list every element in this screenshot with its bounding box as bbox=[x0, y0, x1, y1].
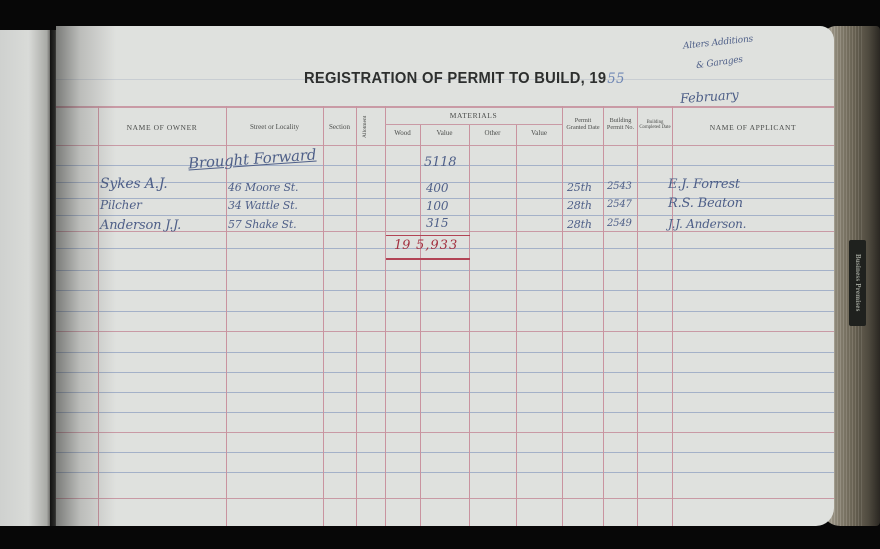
header-wood: Wood bbox=[385, 130, 420, 137]
header-allotment: Allotment bbox=[363, 112, 379, 142]
row-rule bbox=[56, 472, 834, 473]
row-rule bbox=[56, 372, 834, 373]
street-locality: 57 Shake St. bbox=[228, 218, 296, 231]
header-permit-granted: Permit Granted Date bbox=[565, 118, 601, 131]
owner-name: Sykes A.J. bbox=[100, 176, 167, 192]
building-permit-no: 2543 bbox=[607, 181, 632, 192]
header-applicant: NAME OF APPLICANT bbox=[672, 124, 834, 132]
ledger-page: REGISTRATION OF PERMIT TO BUILD, 1955 Al… bbox=[56, 26, 834, 526]
street-locality: 34 Wattle St. bbox=[228, 199, 298, 212]
row-rule bbox=[56, 452, 834, 453]
header-building-completed: Building Completed Date bbox=[639, 120, 671, 130]
col-divider bbox=[98, 106, 99, 526]
permit-granted-date: 25th bbox=[567, 181, 592, 194]
header-other: Other bbox=[469, 130, 516, 137]
col-divider bbox=[516, 124, 517, 526]
applicant-name: R.S. Beaton bbox=[668, 196, 743, 211]
row-rule bbox=[56, 331, 834, 332]
binding-shadow bbox=[56, 26, 116, 526]
owner-name: Anderson J.J. bbox=[100, 218, 181, 233]
permit-granted-date: 28th bbox=[567, 218, 592, 231]
brought-forward-label: Brought Forward bbox=[188, 146, 317, 173]
title-text: REGISTRATION OF PERMIT TO BUILD, 19 bbox=[304, 70, 606, 87]
row-rule bbox=[56, 392, 834, 393]
col-divider bbox=[672, 106, 673, 526]
applicant-name: J.J. Anderson. bbox=[668, 217, 746, 231]
applicant-name: E.J. Forrest bbox=[668, 177, 740, 192]
row-rule bbox=[56, 498, 834, 499]
page-title: REGISTRATION OF PERMIT TO BUILD, 1955 bbox=[304, 70, 625, 88]
row-rule bbox=[56, 270, 834, 271]
header-section: Section bbox=[323, 124, 356, 131]
row-rule bbox=[56, 290, 834, 291]
header-bottom-rule bbox=[56, 145, 834, 146]
header-value-1: Value bbox=[420, 130, 469, 137]
title-year: 55 bbox=[607, 71, 625, 87]
row-rule bbox=[56, 311, 834, 312]
row-rule bbox=[56, 432, 834, 433]
col-divider bbox=[420, 124, 421, 526]
row-rule bbox=[56, 412, 834, 413]
building-permit-no: 2549 bbox=[607, 218, 632, 229]
material-value: 100 bbox=[426, 199, 448, 213]
index-tab[interactable]: Business Premises bbox=[849, 240, 866, 326]
corner-note-line2: & Garages bbox=[696, 55, 744, 71]
month-label: February bbox=[680, 88, 740, 107]
header-street: Street or Locality bbox=[226, 124, 323, 131]
owner-name: Pilcher bbox=[100, 198, 142, 212]
header-value-2: Value bbox=[516, 130, 562, 137]
building-permit-no: 2547 bbox=[607, 199, 632, 210]
col-divider bbox=[356, 106, 357, 526]
col-divider bbox=[637, 106, 638, 526]
street-locality: 46 Moore St. bbox=[228, 181, 298, 194]
header-building-permit: Building Permit No. bbox=[605, 118, 636, 131]
col-divider bbox=[469, 124, 470, 526]
row-rule bbox=[56, 352, 834, 353]
brought-forward-value: 5118 bbox=[424, 155, 456, 170]
col-divider bbox=[385, 106, 386, 526]
header-top-rule bbox=[56, 106, 834, 108]
col-divider bbox=[323, 106, 324, 526]
total-value: 5,933 bbox=[416, 238, 458, 253]
header-owner: NAME OF OWNER bbox=[98, 124, 226, 132]
permit-granted-date: 28th bbox=[567, 199, 592, 212]
corner-note-line1: Alters Additions bbox=[683, 34, 754, 51]
materials-subrule bbox=[385, 124, 562, 125]
material-value: 400 bbox=[426, 181, 448, 195]
total-count: 19 bbox=[394, 238, 410, 253]
previous-page-edge bbox=[0, 30, 52, 526]
col-divider bbox=[603, 106, 604, 526]
header-materials: MATERIALS bbox=[385, 112, 562, 120]
material-value: 315 bbox=[426, 216, 448, 230]
col-divider bbox=[562, 106, 563, 526]
